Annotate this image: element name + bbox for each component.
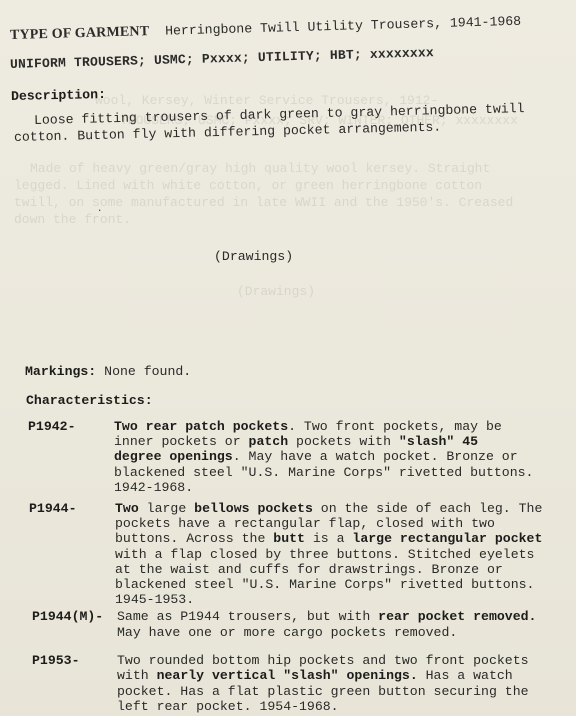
description-heading: Description: [11,87,106,104]
characteristic-line: 1945-1953. [115,592,542,607]
bleed-through-text: legged. Lined with white cotton, or gree… [14,178,482,193]
characteristic-line: May have one or more cargo pockets remov… [117,625,536,641]
text: . May have a watch pocket. Bronze or [233,449,518,464]
characteristic-code: P1953- [32,653,79,668]
text: blackened steel "U.S. Marine Corps" rive… [115,577,534,592]
characteristic-line: pocket. Has a flat plastic green button … [117,684,529,699]
bleed-through-text: down the front. [14,212,131,227]
garment-type-line: TYPE OF GARMENT Herringbone Twill Utilit… [10,14,522,44]
characteristic-code: P1942- [28,419,75,434]
characteristic-line: left rear pocket. 1954-1968. [117,699,529,714]
characteristic-description: Two rear patch pockets. Two front pocket… [114,419,533,495]
characteristic-line: with nearly vertical "slash" openings. H… [117,668,529,683]
characteristic-line: buttons. Across the butt is a large rect… [115,531,542,546]
text: at the waist and cuffs for drawstrings. … [115,562,503,577]
characteristic-line: Two rear patch pockets. Two front pocket… [114,419,533,434]
characteristic-line: 1942-1968. [114,480,533,495]
emphasized-text: large rectangular pocket [352,531,542,546]
emphasized-text: Two rear patch pockets [114,419,288,434]
text: is a [305,531,352,546]
stray-mark: · [97,206,102,216]
text: with a flap closed by three buttons. Sti… [115,547,534,562]
text: on the side of each leg. The [313,501,543,516]
drawings-placeholder: (Drawings) [214,249,293,264]
text: Two rounded bottom hip pockets and two f… [117,653,529,668]
characteristic-line: degree openings. May have a watch pocket… [114,449,533,464]
text: May have one or more cargo pockets remov… [117,625,457,640]
text: 1945-1953. [115,592,194,607]
emphasized-text: nearly vertical "slash" openings. [157,668,418,683]
characteristic-line: Two large bellows pockets on the side of… [115,501,542,516]
emphasized-text: bellows pockets [194,501,313,516]
text: . Two front pockets, may be [288,419,502,434]
document-page: Wool, Kersey, Winter Service Trousers, 1… [0,0,576,716]
characteristic-description: Two large bellows pockets on the side of… [115,501,542,607]
text: blackened steel "U.S. Marine Corps" rive… [114,465,533,480]
text: pocket. Has a flat plastic green button … [117,684,529,699]
characteristic-code: P1944(M)- [32,609,103,624]
text: with [117,668,157,683]
emphasized-text: patch [249,434,289,449]
characteristic-line: at the waist and cuffs for drawstrings. … [115,562,542,577]
bleed-through-text: twill, on some manufactured in late WWII… [14,195,513,210]
text: pockets with [288,434,399,449]
text: pockets have a rectangular flap, closed … [115,516,495,531]
text: Same as P1944 trousers, but with [117,609,378,624]
characteristic-description: Same as P1944 trousers, but with rear po… [117,609,536,640]
emphasized-text: degree openings [114,449,233,464]
text: 1942-1968. [114,480,193,495]
emphasized-text: rear pocket removed. [378,609,536,624]
type-label: TYPE OF GARMENT [10,24,150,43]
characteristic-line: Same as P1944 trousers, but with rear po… [117,609,536,625]
text: Has a watch [418,668,513,683]
text: buttons. Across the [115,531,273,546]
characteristic-line: pockets have a rectangular flap, closed … [115,516,542,531]
markings-line: Markings: None found. [25,364,191,379]
characteristics-heading: Characteristics: [26,393,153,408]
characteristic-description: Two rounded bottom hip pockets and two f… [117,653,529,714]
text: left rear pocket. 1954-1968. [117,699,339,714]
catalog-line: UNIFORM TROUSERS; USMC; Pxxxx; UTILITY; … [10,45,434,72]
characteristic-line: with a flap closed by three buttons. Sti… [115,547,542,562]
bleed-through-text: (Drawings) [237,284,315,299]
emphasized-text: Two [115,501,139,516]
characteristic-line: inner pockets or patch pockets with "sla… [114,434,533,449]
text: large [139,501,194,516]
characteristic-line: Two rounded bottom hip pockets and two f… [117,653,529,668]
characteristic-line: blackened steel "U.S. Marine Corps" rive… [115,577,542,592]
characteristic-line: blackened steel "U.S. Marine Corps" rive… [114,465,533,480]
emphasized-text: "slash" 45 [399,434,478,449]
bleed-through-text: Made of heavy green/gray high quality wo… [30,161,490,176]
type-value: Herringbone Twill Utility Trousers, 1941… [165,14,521,39]
characteristic-code: P1944- [29,501,76,516]
text: inner pockets or [114,434,249,449]
emphasized-text: butt [273,531,305,546]
